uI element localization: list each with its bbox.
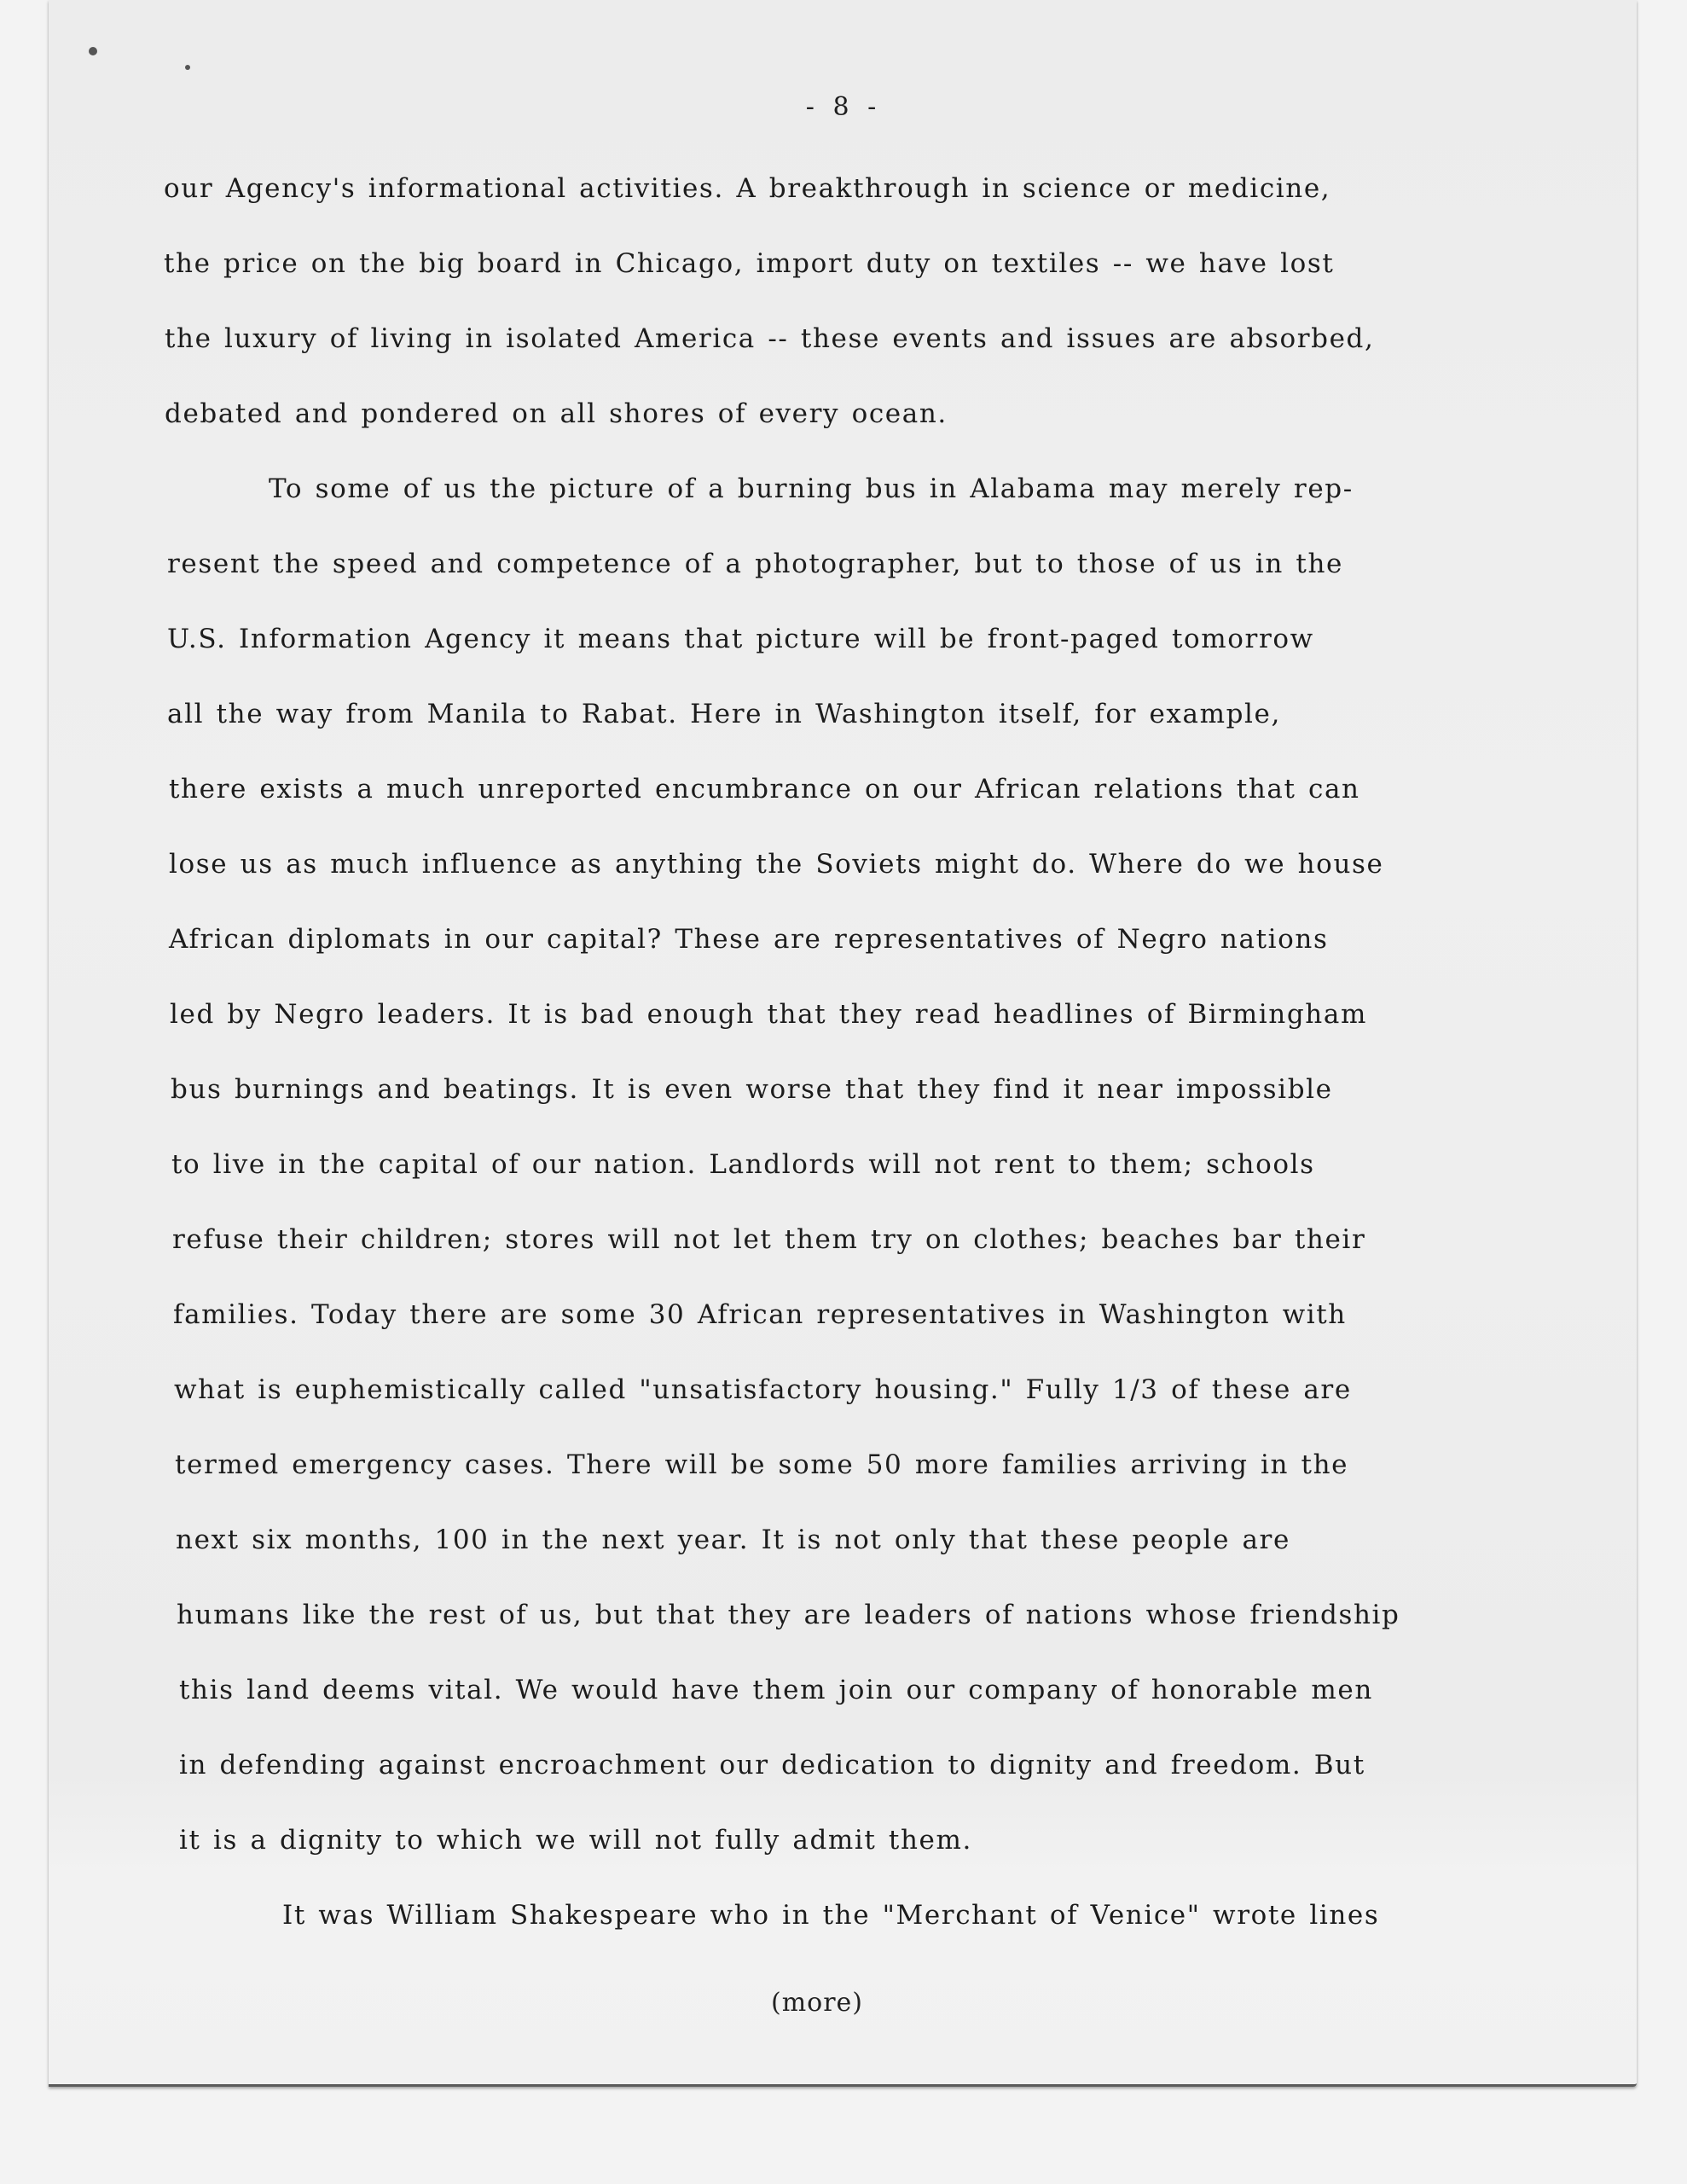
text-line: refuse their children; stores will not l… xyxy=(172,1224,1365,1255)
staple-hole-mark xyxy=(185,65,190,70)
text-line: it is a dignity to which we will not ful… xyxy=(179,1825,972,1856)
text-line: all the way from Manila to Rabat. Here i… xyxy=(167,699,1281,729)
continuation-marker: (more) xyxy=(0,1988,1634,2018)
text-line: U.S. Information Agency it means that pi… xyxy=(167,624,1314,654)
text-line: this land deems vital. We would have the… xyxy=(179,1675,1373,1705)
text-line: led by Negro leaders. It is bad enough t… xyxy=(170,999,1367,1030)
text-line: next six months, 100 in the next year. I… xyxy=(176,1525,1290,1555)
text-line: To some of us the picture of a burning b… xyxy=(269,473,1354,504)
text-line: resent the speed and competence of a pho… xyxy=(167,549,1343,579)
staple-hole-mark xyxy=(89,47,97,55)
text-line: bus burnings and beatings. It is even wo… xyxy=(171,1074,1333,1105)
text-line: lose us as much influence as anything th… xyxy=(169,849,1383,880)
text-line: termed emergency cases. There will be so… xyxy=(175,1449,1348,1480)
text-line: It was William Shakespeare who in the "M… xyxy=(282,1900,1379,1931)
text-line: what is euphemistically called "unsatisf… xyxy=(174,1374,1352,1405)
text-line: debated and pondered on all shores of ev… xyxy=(165,398,948,429)
text-line: in defending against encroachment our de… xyxy=(179,1750,1365,1780)
text-line: African diplomats in our capital? These … xyxy=(169,924,1328,955)
text-line: to live in the capital of our nation. La… xyxy=(171,1149,1315,1180)
text-line: the luxury of living in isolated America… xyxy=(165,323,1374,354)
text-line: our Agency's informational activities. A… xyxy=(164,173,1330,204)
text-line: families. Today there are some 30 Africa… xyxy=(173,1299,1347,1330)
page-number: - 8 - xyxy=(0,92,1687,122)
text-line: humans like the rest of us, but that the… xyxy=(177,1600,1400,1630)
text-line: there exists a much unreported encumbran… xyxy=(169,774,1360,804)
text-line: the price on the big board in Chicago, i… xyxy=(164,248,1334,279)
